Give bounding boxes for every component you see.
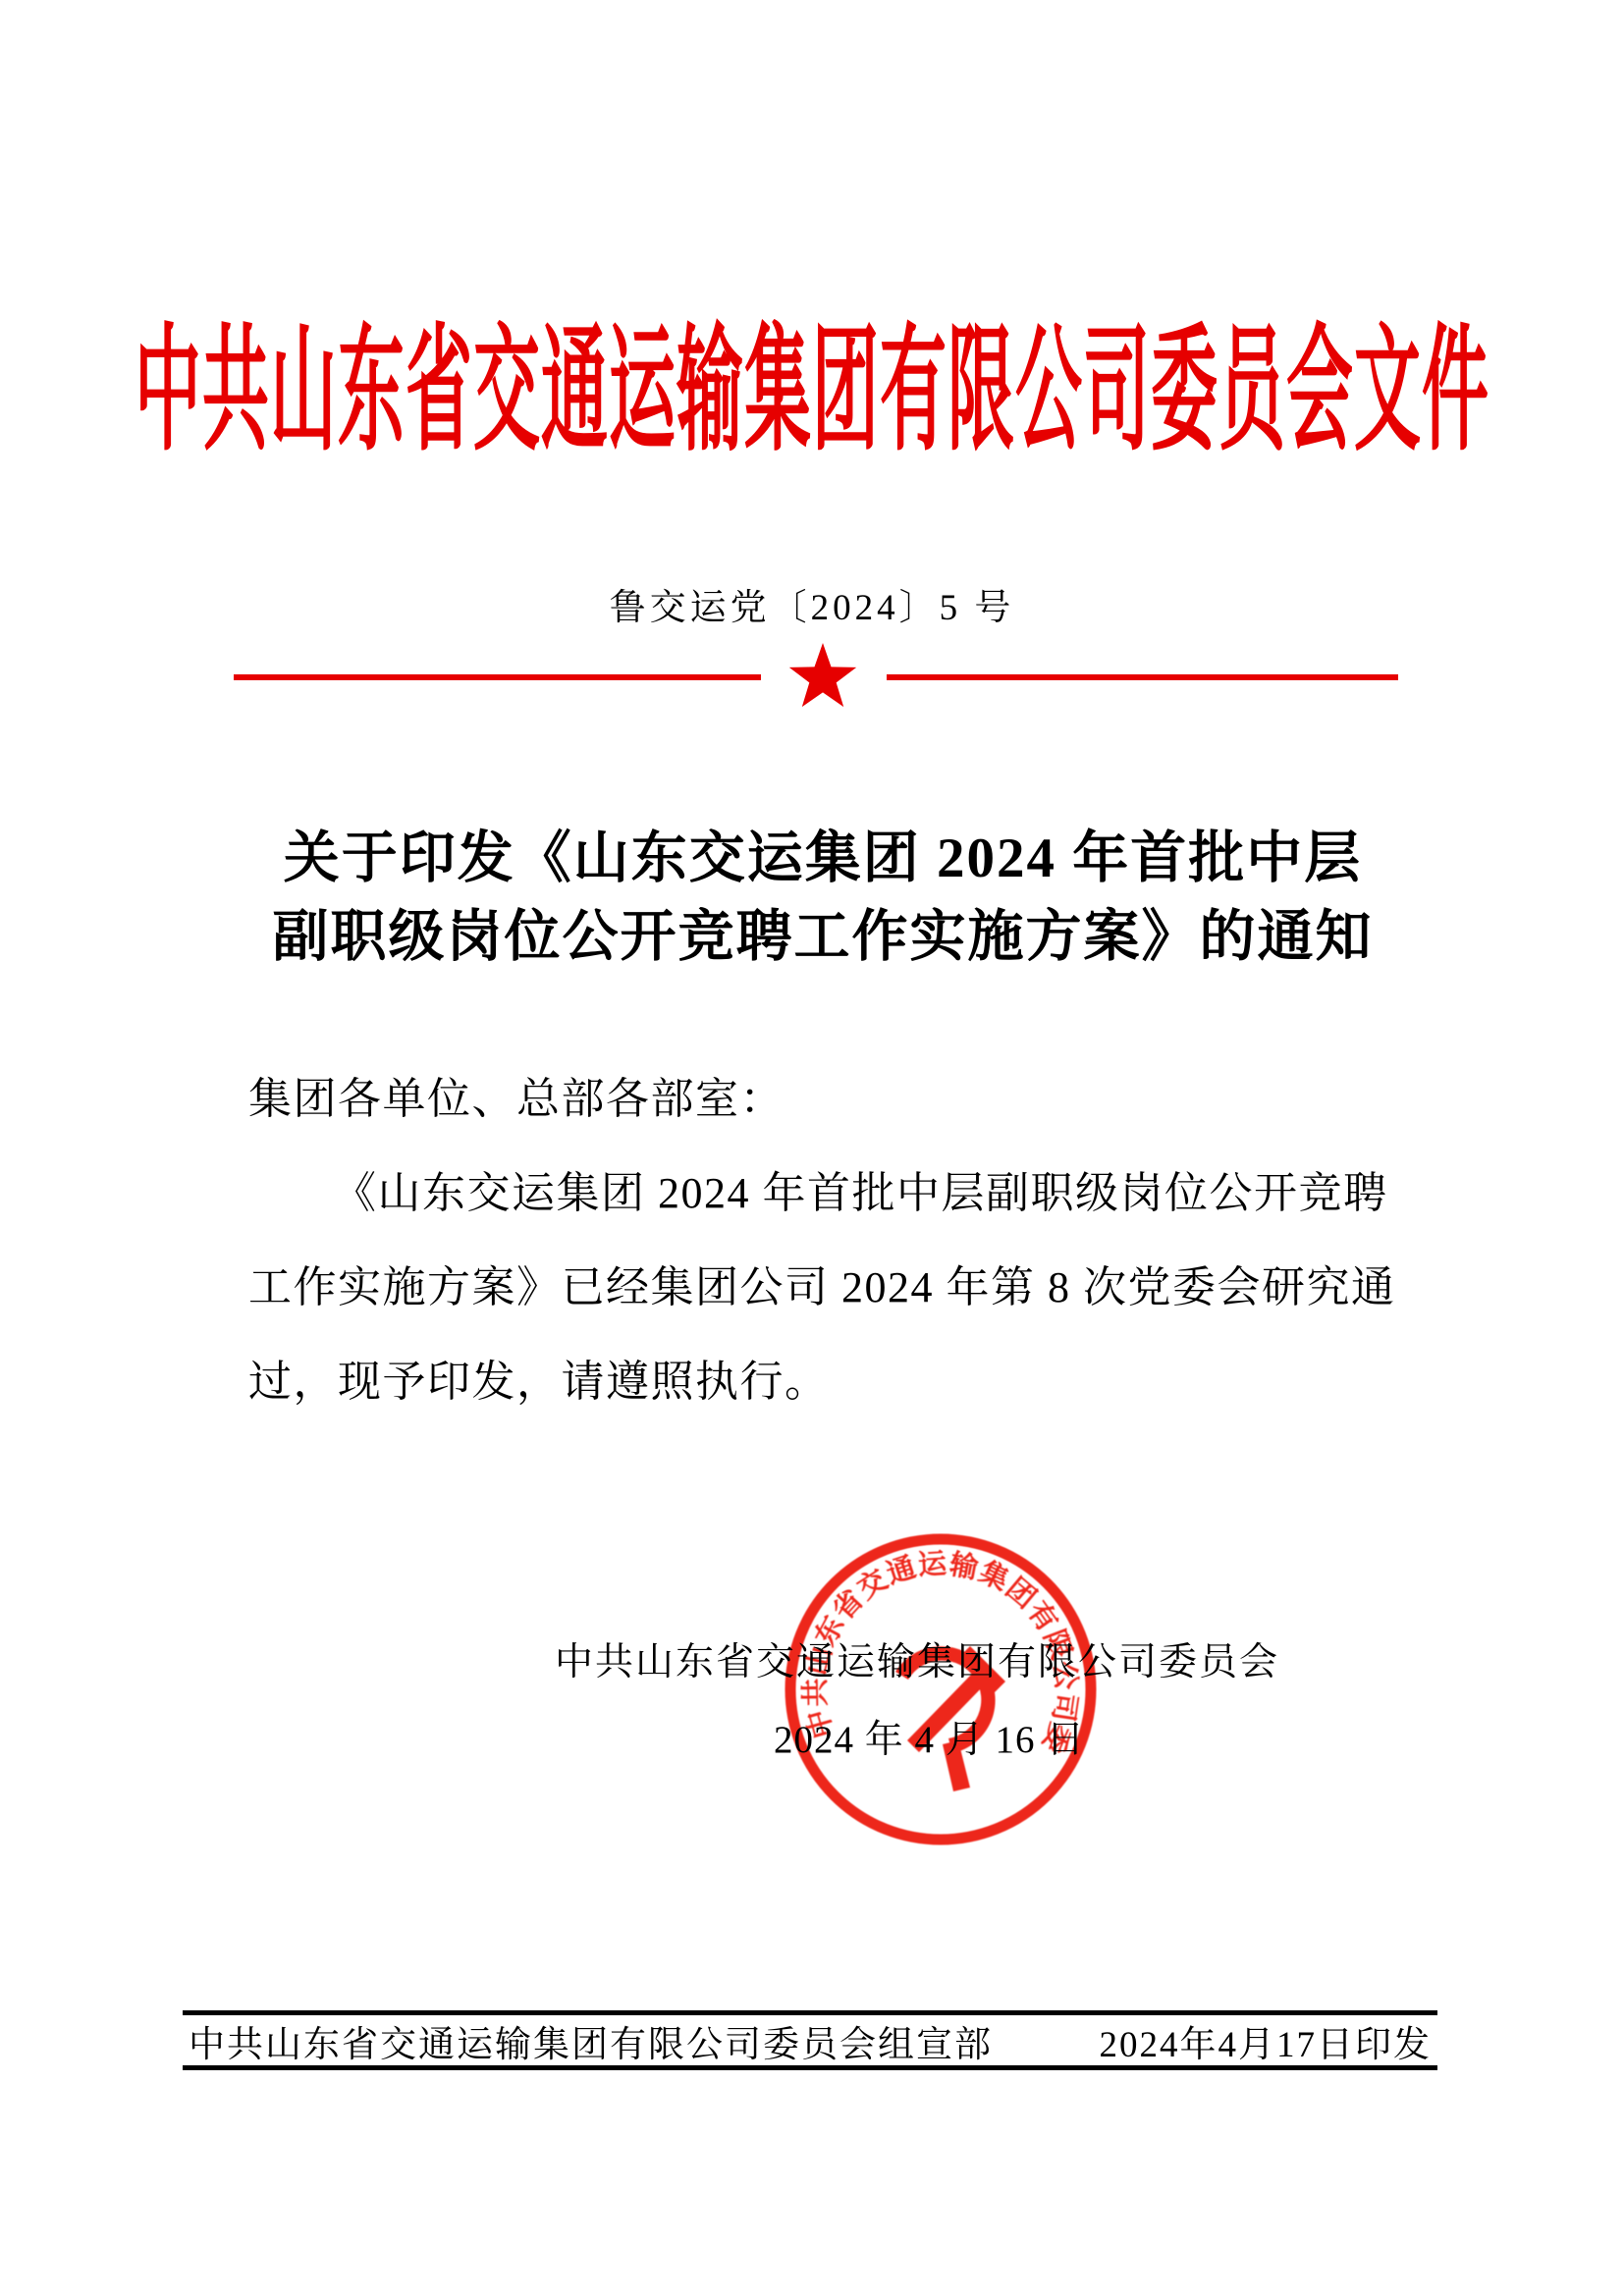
official-document-page: 中共山东省交通运输集团有限公司委员会文件 鲁交运党〔2024〕5 号 关于印发《… — [0, 0, 1624, 2296]
salutation-line: 集团各单位、总部各部室： — [248, 1052, 1399, 1147]
document-title-line2: 副职级岗位公开竞聘工作实施方案》的通知 — [248, 898, 1397, 977]
body-line: 工作实施方案》已经集团公司 2024 年第 8 次党委会研究通 — [248, 1241, 1399, 1335]
body-line: 过，现予印发，请遵照执行。 — [248, 1335, 1399, 1429]
letterhead-banner: 中共山东省交通运输集团有限公司委员会文件 — [0, 294, 1624, 463]
document-number: 鲁交运党〔2024〕5 号 — [0, 577, 1624, 630]
red-star-icon — [786, 643, 859, 714]
stamp-ring — [790, 1539, 1091, 1840]
document-body: 集团各单位、总部各部室： 《山东交运集团 2024 年首批中层副职级岗位公开竞聘… — [248, 1052, 1399, 1429]
footer-print-date: 2024年4月17日印发 — [1100, 2014, 1433, 2067]
document-title-line1: 关于印发《山东交运集团 2024 年首批中层 — [248, 820, 1397, 898]
letterhead-title: 中共山东省交通运输集团有限公司委员会文件 — [135, 318, 1489, 463]
official-stamp: 中共山东省交通运输集团有限公司委员会 — [774, 1522, 1108, 1856]
red-rule-left-segment — [234, 674, 761, 680]
red-rule-right-segment — [887, 674, 1398, 680]
body-line: 《山东交运集团 2024 年首批中层副职级岗位公开竞聘 — [248, 1147, 1399, 1241]
document-title: 关于印发《山东交运集团 2024 年首批中层 副职级岗位公开竞聘工作实施方案》的… — [248, 820, 1397, 977]
footer-issuer: 中共山东省交通运输集团有限公司委员会组宣部 — [189, 2014, 993, 2067]
footer-rule-bottom — [183, 2065, 1437, 2070]
hammer-sickle-icon — [895, 1646, 1005, 1791]
footer-row: 中共山东省交通运输集团有限公司委员会组宣部 2024年4月17日印发 — [183, 2015, 1437, 2065]
